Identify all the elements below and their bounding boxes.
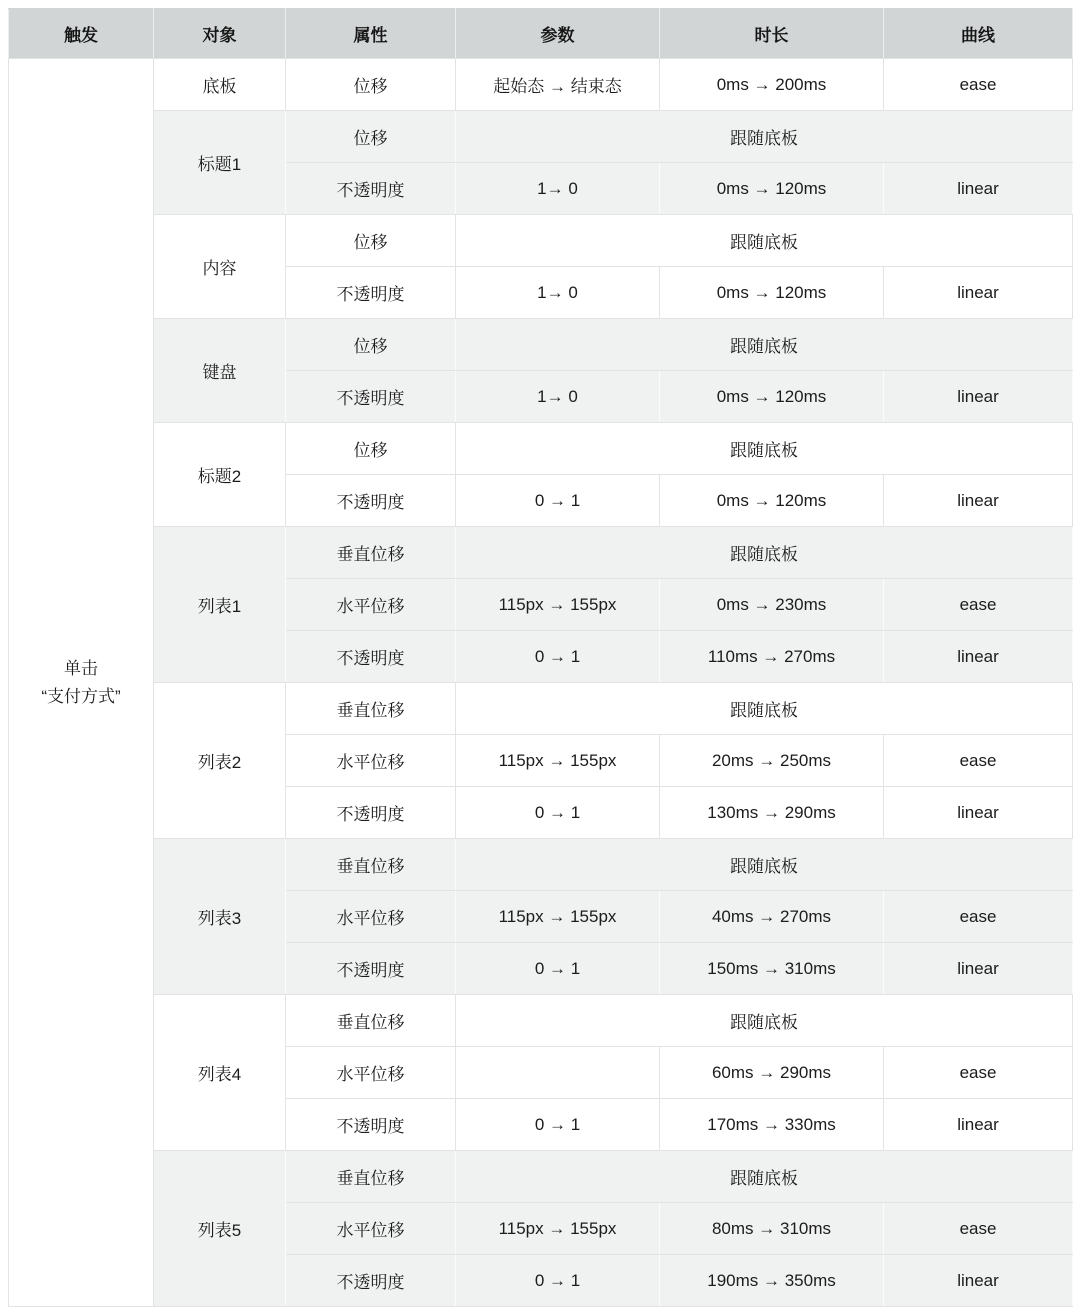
property-cell: 水平位移: [286, 735, 456, 787]
param-cell: 115px → 155px: [456, 735, 660, 787]
header-curve: 曲线: [884, 9, 1073, 59]
property-cell: 垂直位移: [286, 527, 456, 579]
property-cell: 不透明度: [286, 1099, 456, 1151]
table-row: 标题2位移跟随底板: [9, 423, 1073, 475]
table-row: 列表1垂直位移跟随底板: [9, 527, 1073, 579]
param-cell: 0 → 1: [456, 787, 660, 839]
curve-cell: ease: [884, 1047, 1073, 1099]
duration-cell: 0ms → 230ms: [660, 579, 884, 631]
property-cell: 垂直位移: [286, 839, 456, 891]
property-cell: 垂直位移: [286, 1151, 456, 1203]
table-row: 键盘位移跟随底板: [9, 319, 1073, 371]
curve-cell: linear: [884, 163, 1073, 215]
param-cell: 0 → 1: [456, 1099, 660, 1151]
object-cell: 键盘: [154, 319, 286, 423]
param-cell: 0 → 1: [456, 475, 660, 527]
property-cell: 水平位移: [286, 579, 456, 631]
table-row: 单击 “支付方式”底板位移起始态 → 结束态0ms → 200msease: [9, 59, 1073, 111]
object-cell: 内容: [154, 215, 286, 319]
property-cell: 不透明度: [286, 163, 456, 215]
table-body: 单击 “支付方式”底板位移起始态 → 结束态0ms → 200msease标题1…: [9, 59, 1073, 1307]
duration-cell: 0ms → 120ms: [660, 267, 884, 319]
duration-cell: 150ms → 310ms: [660, 943, 884, 995]
duration-cell: 80ms → 310ms: [660, 1203, 884, 1255]
curve-cell: linear: [884, 371, 1073, 423]
table-row: 列表4垂直位移跟随底板: [9, 995, 1073, 1047]
table-row: 列表2垂直位移跟随底板: [9, 683, 1073, 735]
header-property: 属性: [286, 9, 456, 59]
trigger-cell: 单击 “支付方式”: [9, 59, 154, 1307]
table-row: 内容位移跟随底板: [9, 215, 1073, 267]
object-cell: 标题2: [154, 423, 286, 527]
param-cell: 1→ 0: [456, 267, 660, 319]
header-param: 参数: [456, 9, 660, 59]
follow-cell: 跟随底板: [456, 111, 1073, 163]
property-cell: 不透明度: [286, 1255, 456, 1307]
duration-cell: 60ms → 290ms: [660, 1047, 884, 1099]
curve-cell: linear: [884, 267, 1073, 319]
follow-cell: 跟随底板: [456, 995, 1073, 1047]
duration-cell: 190ms → 350ms: [660, 1255, 884, 1307]
param-cell: 1→ 0: [456, 163, 660, 215]
duration-cell: 170ms → 330ms: [660, 1099, 884, 1151]
property-cell: 水平位移: [286, 1203, 456, 1255]
property-cell: 垂直位移: [286, 995, 456, 1047]
follow-cell: 跟随底板: [456, 683, 1073, 735]
property-cell: 位移: [286, 59, 456, 111]
curve-cell: linear: [884, 475, 1073, 527]
object-cell: 列表1: [154, 527, 286, 683]
follow-cell: 跟随底板: [456, 423, 1073, 475]
property-cell: 不透明度: [286, 787, 456, 839]
curve-cell: ease: [884, 891, 1073, 943]
property-cell: 不透明度: [286, 943, 456, 995]
table-row: 标题1位移跟随底板: [9, 111, 1073, 163]
curve-cell: ease: [884, 579, 1073, 631]
animation-spec-table: 触发 对象 属性 参数 时长 曲线 单击 “支付方式”底板位移起始态 → 结束态…: [8, 8, 1073, 1307]
header-object: 对象: [154, 9, 286, 59]
property-cell: 不透明度: [286, 267, 456, 319]
table-header: 触发 对象 属性 参数 时长 曲线: [9, 9, 1073, 59]
property-cell: 水平位移: [286, 891, 456, 943]
property-cell: 位移: [286, 215, 456, 267]
curve-cell: linear: [884, 943, 1073, 995]
param-cell: 115px → 155px: [456, 579, 660, 631]
object-cell: 列表2: [154, 683, 286, 839]
object-cell: 标题1: [154, 111, 286, 215]
duration-cell: 0ms → 120ms: [660, 371, 884, 423]
param-cell: 0 → 1: [456, 1255, 660, 1307]
curve-cell: linear: [884, 787, 1073, 839]
follow-cell: 跟随底板: [456, 527, 1073, 579]
param-cell: 115px → 155px: [456, 1203, 660, 1255]
curve-cell: ease: [884, 735, 1073, 787]
follow-cell: 跟随底板: [456, 319, 1073, 371]
follow-cell: 跟随底板: [456, 215, 1073, 267]
param-cell: 115px → 155px: [456, 891, 660, 943]
param-cell: 0 → 1: [456, 943, 660, 995]
curve-cell: ease: [884, 59, 1073, 111]
property-cell: 水平位移: [286, 1047, 456, 1099]
follow-cell: 跟随底板: [456, 1151, 1073, 1203]
property-cell: 位移: [286, 319, 456, 371]
table-row: 列表3垂直位移跟随底板: [9, 839, 1073, 891]
duration-cell: 0ms → 120ms: [660, 475, 884, 527]
curve-cell: linear: [884, 1255, 1073, 1307]
object-cell: 列表3: [154, 839, 286, 995]
curve-cell: linear: [884, 631, 1073, 683]
property-cell: 不透明度: [286, 371, 456, 423]
duration-cell: 40ms → 270ms: [660, 891, 884, 943]
curve-cell: ease: [884, 1203, 1073, 1255]
duration-cell: 0ms → 200ms: [660, 59, 884, 111]
property-cell: 不透明度: [286, 631, 456, 683]
object-cell: 底板: [154, 59, 286, 111]
param-cell: 起始态 → 结束态: [456, 59, 660, 111]
property-cell: 垂直位移: [286, 683, 456, 735]
follow-cell: 跟随底板: [456, 839, 1073, 891]
param-cell: 1→ 0: [456, 371, 660, 423]
duration-cell: 0ms → 120ms: [660, 163, 884, 215]
param-cell: [456, 1047, 660, 1099]
header-trigger: 触发: [9, 9, 154, 59]
property-cell: 位移: [286, 111, 456, 163]
param-cell: 0 → 1: [456, 631, 660, 683]
duration-cell: 110ms → 270ms: [660, 631, 884, 683]
property-cell: 不透明度: [286, 475, 456, 527]
object-cell: 列表5: [154, 1151, 286, 1307]
table-row: 列表5垂直位移跟随底板: [9, 1151, 1073, 1203]
header-duration: 时长: [660, 9, 884, 59]
curve-cell: linear: [884, 1099, 1073, 1151]
duration-cell: 20ms → 250ms: [660, 735, 884, 787]
property-cell: 位移: [286, 423, 456, 475]
object-cell: 列表4: [154, 995, 286, 1151]
duration-cell: 130ms → 290ms: [660, 787, 884, 839]
